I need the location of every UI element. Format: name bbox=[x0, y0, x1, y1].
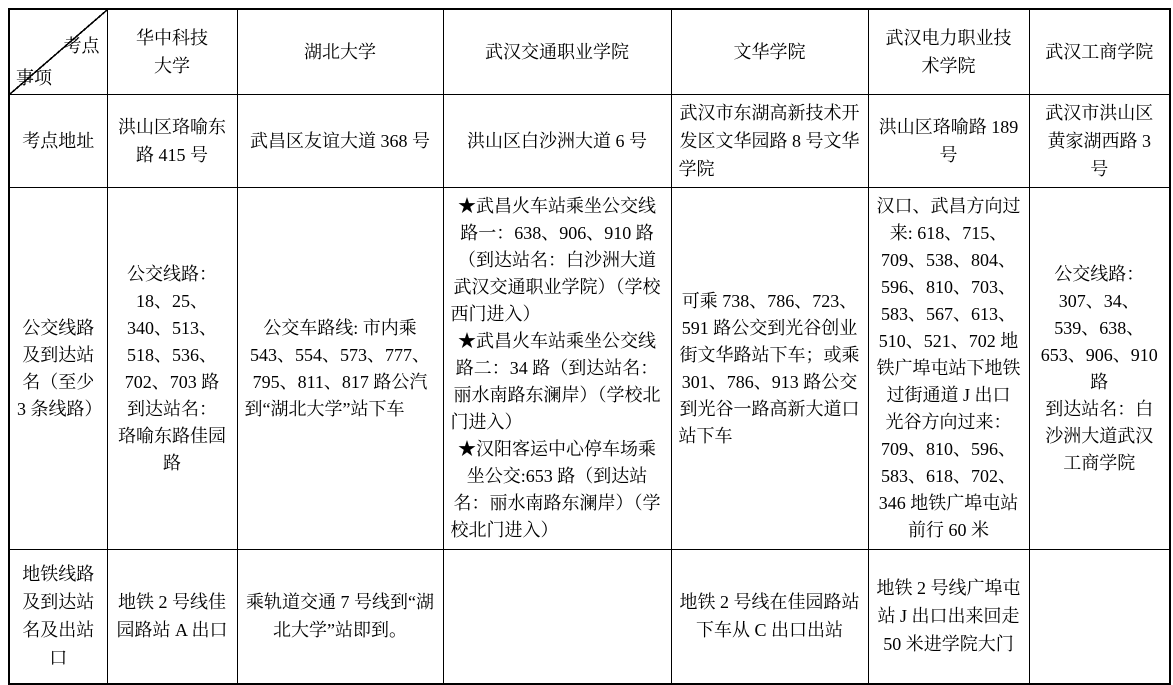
address-cell-wepc: 洪山区珞喻路 189 号 bbox=[868, 95, 1029, 188]
address-cell-wtbu: 武汉市洪山区 黄家湖西路 3 号 bbox=[1029, 95, 1170, 188]
bus-cell-hust: 公交线路：18、25、340、513、518、536、702、703 路 到达站… bbox=[107, 188, 237, 550]
bus-cell-hubei-university: 公交车路线: 市内乘 543、554、573、777、795、811、817 路… bbox=[237, 188, 443, 550]
metro-cell-wtcc bbox=[443, 550, 671, 680]
college-header-hust: 华中科技 大学 bbox=[107, 9, 237, 95]
college-header-wenhua-college: 文华学院 bbox=[671, 9, 868, 95]
address-cell-wenhua: 武汉市东湖高新技术开发区文华园路 8 号文华学院 bbox=[671, 95, 868, 188]
college-header-wuhan-technical-college-of-communications: 武汉交通职业学院 bbox=[443, 9, 671, 95]
college-header-wuhan-technology-and-business-university: 武汉工商学院 bbox=[1029, 9, 1170, 95]
bus-cell-wepc: 汉口、武昌方向过来: 618、715、709、538、804、596、810、7… bbox=[868, 188, 1029, 550]
metro-cell-hubei-university: 乘轨道交通 7 号线到“湖北大学”站即到。 bbox=[237, 550, 443, 680]
bus-cell-wtcc: ★武昌火车站乘坐公交线路一：638、906、910 路（到达站名：白沙洲大道武汉… bbox=[443, 188, 671, 550]
corner-label-exam-site: 考点 bbox=[64, 36, 100, 56]
row-label-address: 考点地址 bbox=[9, 95, 107, 188]
address-cell-hubei-university: 武昌区友谊大道 368 号 bbox=[237, 95, 443, 188]
metro-cell-wenhua: 地铁 2 号线在佳园路站下车从 C 出口出站 bbox=[671, 550, 868, 680]
address-cell-hust: 洪山区珞喻东 路 415 号 bbox=[107, 95, 237, 188]
college-header-hubei-university: 湖北大学 bbox=[237, 9, 443, 95]
exam-site-transport-table: 考点 事项 华中科技 大学 湖北大学 武汉交通职业学院 文华学院 武汉电力职业技… bbox=[8, 8, 1171, 679]
address-row: 考点地址 洪山区珞喻东 路 415 号 武昌区友谊大道 368 号 洪山区白沙洲… bbox=[9, 95, 1170, 188]
college-header-wuhan-electric-power-technical-college: 武汉电力职业技 术学院 bbox=[868, 9, 1029, 95]
corner-label-item: 事项 bbox=[16, 68, 52, 88]
bus-cell-wtbu: 公交线路：307、34、539、638、653、906、910 路 到达站名：白… bbox=[1029, 188, 1170, 550]
metro-cell-wtbu bbox=[1029, 550, 1170, 680]
bus-routes-row: 公交线路及到达站名（至少 3 条线路） 公交线路：18、25、340、513、5… bbox=[9, 188, 1170, 550]
corner-cell: 考点 事项 bbox=[9, 9, 107, 95]
row-label-bus-routes: 公交线路及到达站名（至少 3 条线路） bbox=[9, 188, 107, 550]
address-cell-wtcc: 洪山区白沙洲大道 6 号 bbox=[443, 95, 671, 188]
metro-routes-row: 地铁线路及到达站名及出站口 地铁 2 号线佳园路站 A 出口 乘轨道交通 7 号… bbox=[9, 550, 1170, 680]
metro-cell-wepc: 地铁 2 号线广埠屯站 J 出口出来回走 50 米进学院大门 bbox=[868, 550, 1029, 680]
metro-cell-hust: 地铁 2 号线佳园路站 A 出口 bbox=[107, 550, 237, 680]
header-row: 考点 事项 华中科技 大学 湖北大学 武汉交通职业学院 文华学院 武汉电力职业技… bbox=[9, 9, 1170, 95]
bus-cell-wenhua: 可乘 738、786、723、591 路公交到光谷创业街文华路站下车；或乘 30… bbox=[671, 188, 868, 550]
row-label-metro-routes: 地铁线路及到达站名及出站口 bbox=[9, 550, 107, 680]
